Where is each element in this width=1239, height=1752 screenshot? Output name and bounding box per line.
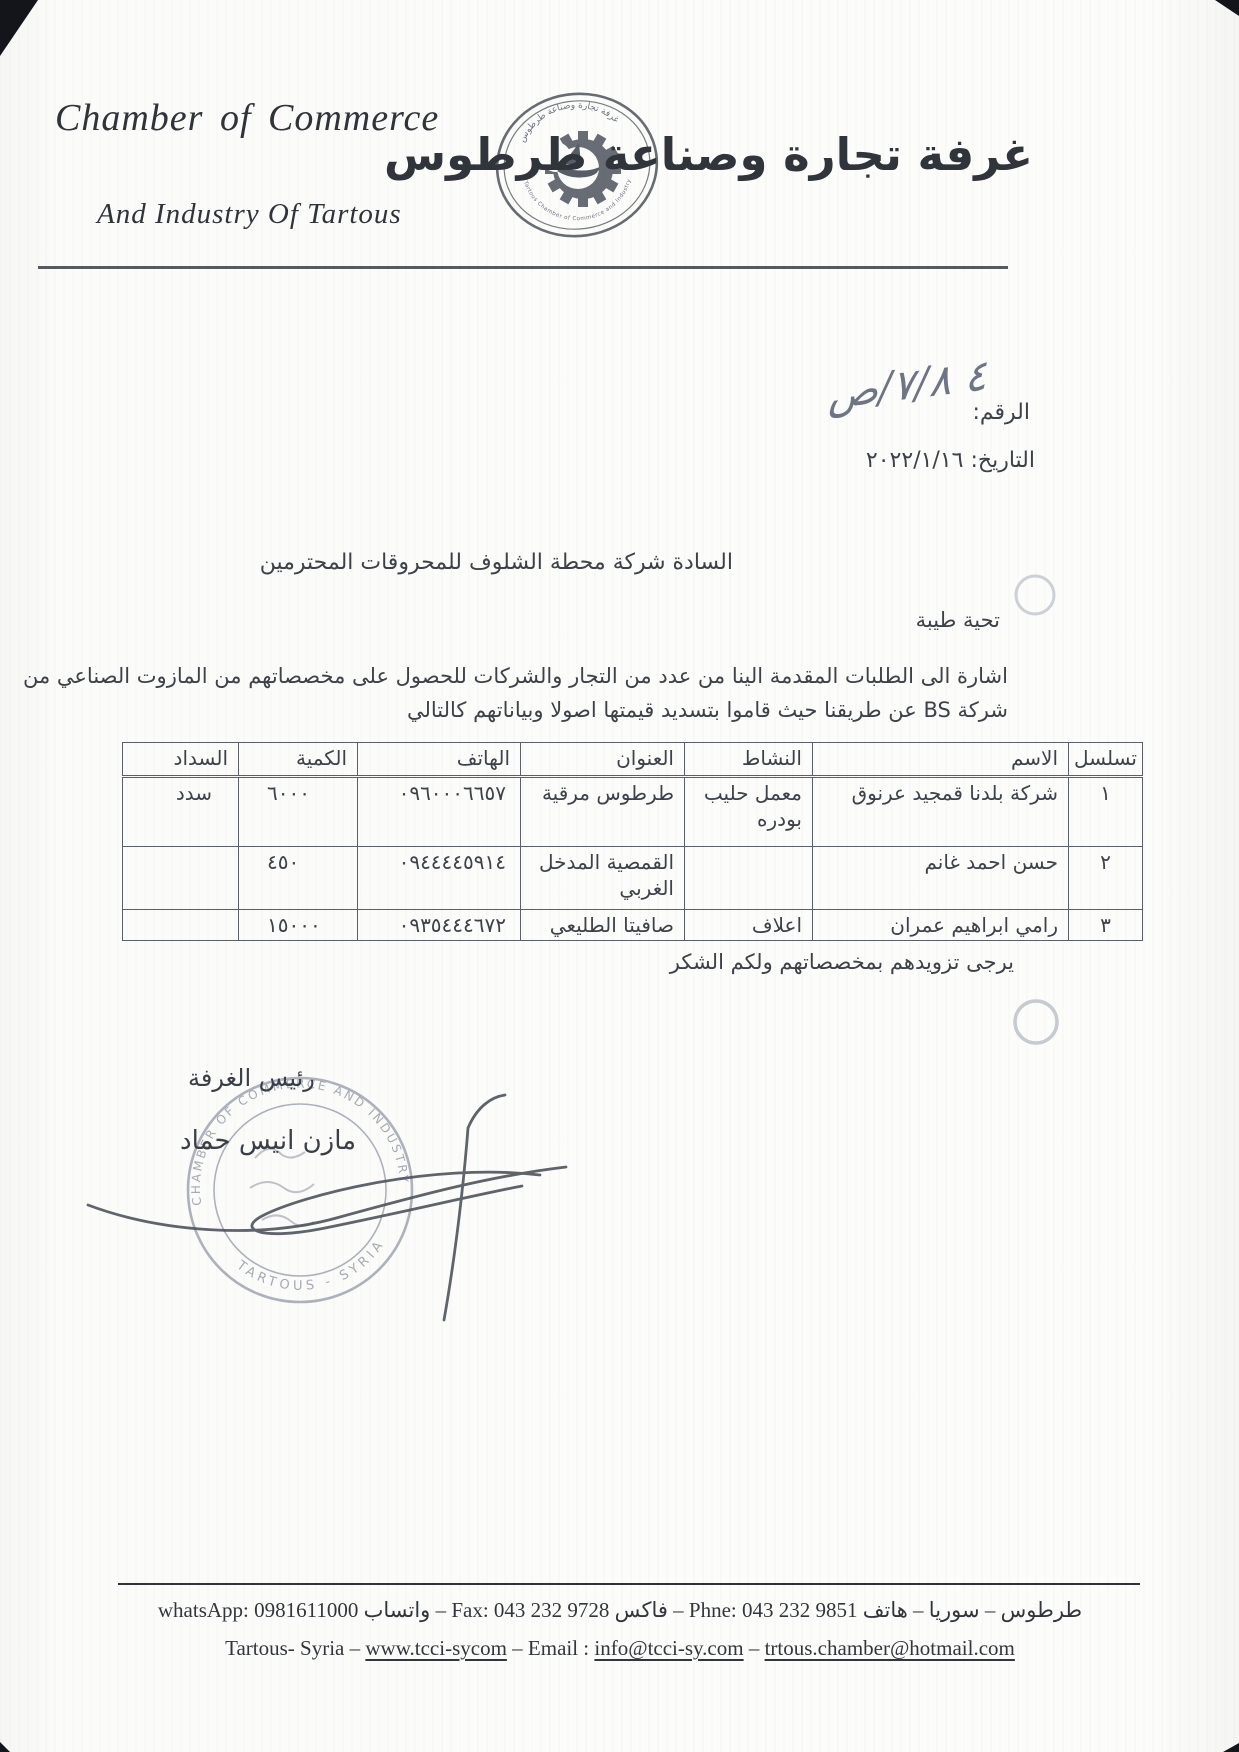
cell-name: حسن احمد غانم — [813, 847, 1069, 910]
cell-quantity: ٤٥٠ — [239, 847, 358, 910]
signatory-name: مازن انيس حماد — [180, 1126, 356, 1156]
cell-activity: اعلاف — [685, 910, 813, 941]
footer-email-label: – Email : — [507, 1636, 595, 1660]
col-header-address: العنوان — [521, 743, 685, 777]
col-header-serial: تسلسل — [1069, 743, 1143, 777]
footer-contact-line-2: Tartous- Syria – www.tcci-sycom – Email … — [120, 1636, 1120, 1661]
stamp-ring-text-bottom: TARTOUS - SYRIA — [233, 1236, 389, 1294]
table-row: ٢ حسن احمد غانم القمصية المدخل الغربي ٠٩… — [123, 847, 1143, 910]
cell-serial: ١ — [1069, 777, 1143, 847]
cell-phone: ٠٩٤٤٤٤٥٩١٤ — [358, 847, 521, 910]
stamp-inner-arabic-script — [250, 1149, 314, 1226]
allocations-table: تسلسل الاسم النشاط العنوان الهاتف الكمية… — [122, 742, 1143, 941]
table-header-row: تسلسل الاسم النشاط العنوان الهاتف الكمية… — [123, 743, 1143, 777]
cell-address: طرطوس مرقية — [521, 777, 685, 847]
cell-payment: سدد — [123, 777, 239, 847]
website-link: www.tcci-sycom — [365, 1636, 507, 1660]
reference-number-label: الرقم: — [972, 400, 1030, 425]
closing-line: يرجى تزويدهم بمخصصاتهم ولكم الشكر — [670, 950, 1014, 974]
cell-quantity: ٦٠٠٠ — [239, 777, 358, 847]
cell-name: رامي ابراهيم عمران — [813, 910, 1069, 941]
date-line: التاريخ: ٢٠٢٢/١/١٦ — [866, 448, 1035, 473]
cell-phone: ٠٩٦٠٠٠٦٦٥٧ — [358, 777, 521, 847]
cell-phone: ٠٩٣٥٤٤٤٦٧٢ — [358, 910, 521, 941]
cell-quantity: ١٥٠٠٠ — [239, 910, 358, 941]
cell-activity — [685, 847, 813, 910]
cell-address: القمصية المدخل الغربي — [521, 847, 685, 910]
col-header-phone: الهاتف — [358, 743, 521, 777]
header-divider — [38, 266, 1008, 269]
table-row: ١ شركة بلدنا قمجيد عرنوق معمل حليب بودره… — [123, 777, 1143, 847]
cell-serial: ٣ — [1069, 910, 1143, 941]
body-paragraph-line1: اشارة الى الطلبات المقدمة الينا من عدد م… — [23, 664, 1008, 688]
footer-contact-line-1: طرطوس – سوريا – هاتف Phne: 043 232 9851 … — [120, 1598, 1120, 1623]
cell-payment — [123, 847, 239, 910]
greeting-line: تحية طيبة — [916, 608, 1000, 632]
org-name-english-line1: Chamber of Commerce — [55, 96, 439, 140]
cell-name: شركة بلدنا قمجيد عرنوق — [813, 777, 1069, 847]
punch-hole — [1015, 1001, 1057, 1043]
email-link: info@tcci-sy.com — [594, 1636, 743, 1660]
cell-serial: ٢ — [1069, 847, 1143, 910]
email-link: trtous.chamber@hotmail.com — [765, 1636, 1015, 1660]
footer-divider — [118, 1583, 1140, 1585]
date-label: التاريخ: — [970, 448, 1035, 473]
footer-location-text: Tartous- Syria – — [225, 1636, 365, 1660]
table-row: ٣ رامي ابراهيم عمران اعلاف صافيتا الطليع… — [123, 910, 1143, 941]
body-paragraph-line2: شركة BS عن طريقنا حيث قاموا بتسديد قيمته… — [407, 698, 1008, 722]
addressee-line: السادة شركة محطة الشلوف للمحروقات المحتر… — [260, 550, 733, 575]
scanned-letter-page: Chamber of Commerce And Industry Of Tart… — [0, 0, 1239, 1752]
cell-address: صافيتا الطليعي — [521, 910, 685, 941]
signature-title: رئيس الغرفة — [188, 1064, 315, 1092]
scan-corner-mark — [1215, 0, 1239, 16]
svg-text:TARTOUS - SYRIA: TARTOUS - SYRIA — [233, 1236, 389, 1294]
cell-activity: معمل حليب بودره — [685, 777, 813, 847]
punch-hole — [1016, 576, 1054, 614]
org-name-english-line2: And Industry Of Tartous — [97, 198, 402, 231]
reference-number-handwritten: ٤ ٧/٨/ص — [827, 350, 987, 419]
scan-corner-mark — [1223, 1743, 1239, 1752]
scan-corner-mark — [0, 1742, 10, 1752]
col-header-quantity: الكمية — [239, 743, 358, 777]
official-round-stamp: CHAMBER OF COMMERCE AND INDUSTRY TARTOUS… — [188, 1077, 412, 1302]
scan-corner-mark — [0, 0, 38, 56]
footer-separator: – — [744, 1636, 765, 1660]
cell-payment — [123, 910, 239, 941]
col-header-name: الاسم — [813, 743, 1069, 777]
col-header-payment: السداد — [123, 743, 239, 777]
date-value: ٢٠٢٢/١/١٦ — [866, 448, 964, 473]
org-name-arabic: غرفة تجارة وصناعة طرطوس — [384, 128, 1033, 181]
col-header-activity: النشاط — [685, 743, 813, 777]
